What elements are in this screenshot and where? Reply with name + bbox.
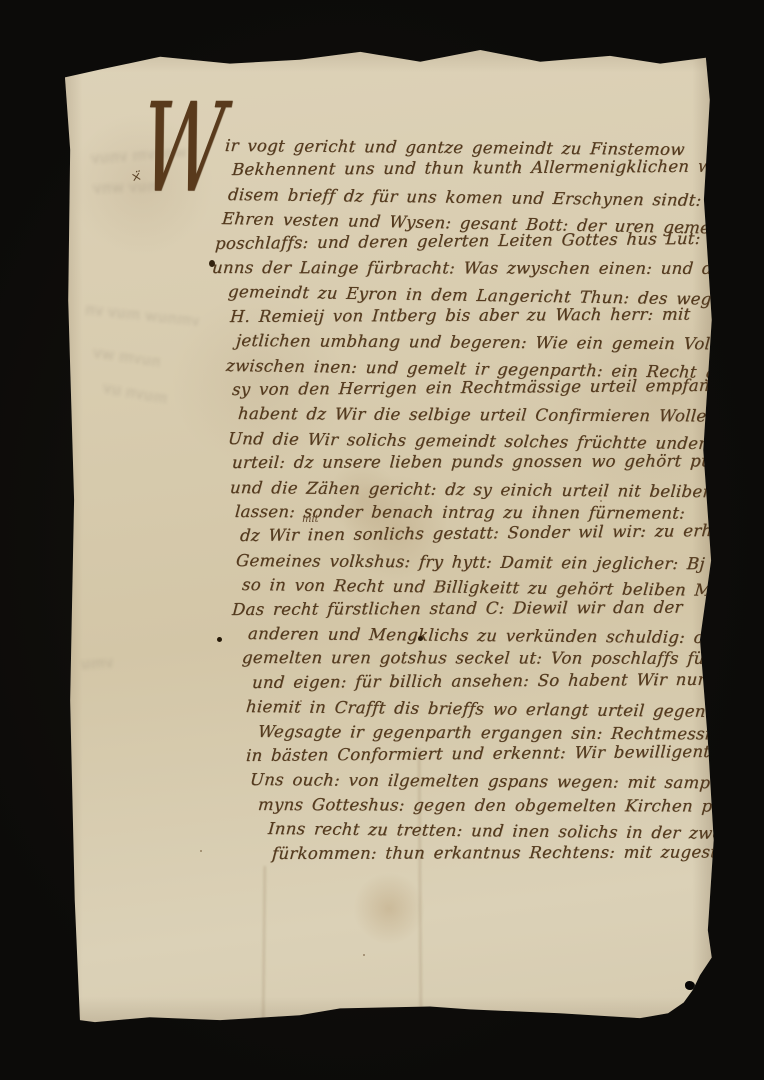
manuscript-line-17: dz Wir inen sonlichs gestatt: Sonder wil…: [240, 523, 753, 545]
manuscript-line-15: und die Zähen gericht: dz sy einich urte…: [229, 480, 714, 501]
manuscript-line-1: ir vogt gericht und gantze gemeindt zu F…: [224, 138, 685, 159]
photograph-background: wnuvm vnuvmuv wnvvmnuw muv vnnuvm wvmuvn…: [0, 0, 764, 1080]
manuscript-line-26: in bästen Conformiert und erkennt: Wir b…: [245, 744, 710, 765]
manuscript-line-29: Inns recht zu tretten: und inen solichs …: [267, 821, 764, 843]
manuscript-line-24: hiemit in Crafft dis brieffs wo erlangt …: [245, 699, 706, 720]
manuscript-line-9: jetlichen umbhang und begeren: Wie ein g…: [235, 333, 764, 353]
manuscript-line-13: Und die Wir solichs gemeindt solches frü…: [227, 431, 746, 453]
manuscript-line-2: Bekhennent uns und thun kunth Allermenig…: [231, 159, 759, 179]
manuscript-line-25: Wegsagte ir gegenparth ergangen sin: Rec…: [257, 724, 764, 744]
manuscript-line-6: unns der Lainge fürbracht: Was zwyschen …: [211, 260, 731, 277]
manuscript-line-21: anderen und Mengklichs zu verkünden schu…: [247, 626, 764, 647]
ink-bleedthrough-mark: vmu: [81, 653, 114, 673]
manuscript-line-3: disem brieff dz für uns komen und Erschy…: [227, 187, 764, 210]
manuscript-line-20: Das recht fürstlichen stand C: Diewil wi…: [231, 599, 683, 618]
manuscript-page: wnuvm vnuvmuv wnvvmnuw muv vnnuvm wvmuvn…: [63, 48, 715, 1026]
fox-speck: [300, 700, 302, 702]
manuscript-line-18: Gemeines volkshus: fry hytt: Damit ein j…: [235, 553, 750, 573]
manuscript-line-30: fürkommen: thun erkantnus Rechtens: mit …: [271, 844, 764, 862]
fox-speck: [200, 850, 202, 852]
manuscript-line-12: habent dz Wir die selbige urteil Confirm…: [237, 406, 730, 425]
illuminated-initial-W: W: [138, 88, 229, 211]
manuscript-line-22: gemelten uren gotshus seckel ut: Von pos…: [241, 650, 764, 667]
fox-speck: [500, 150, 502, 152]
interlinear-insertion: mit: [302, 514, 319, 525]
fox-speck: [600, 500, 602, 502]
ink-bleedthrough-mark: vmnuw muv vn: [84, 300, 200, 330]
ink-blot: [418, 636, 423, 641]
ink-blot: [209, 260, 215, 267]
manuscript-line-14: urteil: dz unsere lieben punds gnossen w…: [231, 453, 741, 471]
ink-bleedthrough-mark: muvn uv: [102, 378, 169, 407]
manuscript-line-19: so in von Recht und Billigkeitt zu gehör…: [241, 577, 739, 600]
ink-blot: [217, 637, 222, 642]
manuscript-line-23: und eigen: für billich ansehen: So haben…: [251, 672, 708, 692]
fold-crease-left: [262, 866, 266, 1024]
manuscript-line-28: myns Gotteshus: gegen den obgemelten Kir…: [257, 797, 764, 815]
paper-hole: [685, 981, 695, 990]
manuscript-line-5: poschlaffs: und deren gelerten Leiten Go…: [215, 230, 743, 252]
ink-bleedthrough-mark: nuvm wv: [92, 343, 162, 370]
manuscript-line-11: sy von den Herrigen ein Rechtmässige urt…: [231, 378, 742, 399]
manuscript-line-27: Uns ouch: von ilgemelten gspans wegen: m…: [249, 772, 757, 792]
manuscript-line-8: H. Remieij von Intberg bis aber zu Wach …: [229, 306, 690, 325]
fox-speck: [363, 954, 365, 956]
